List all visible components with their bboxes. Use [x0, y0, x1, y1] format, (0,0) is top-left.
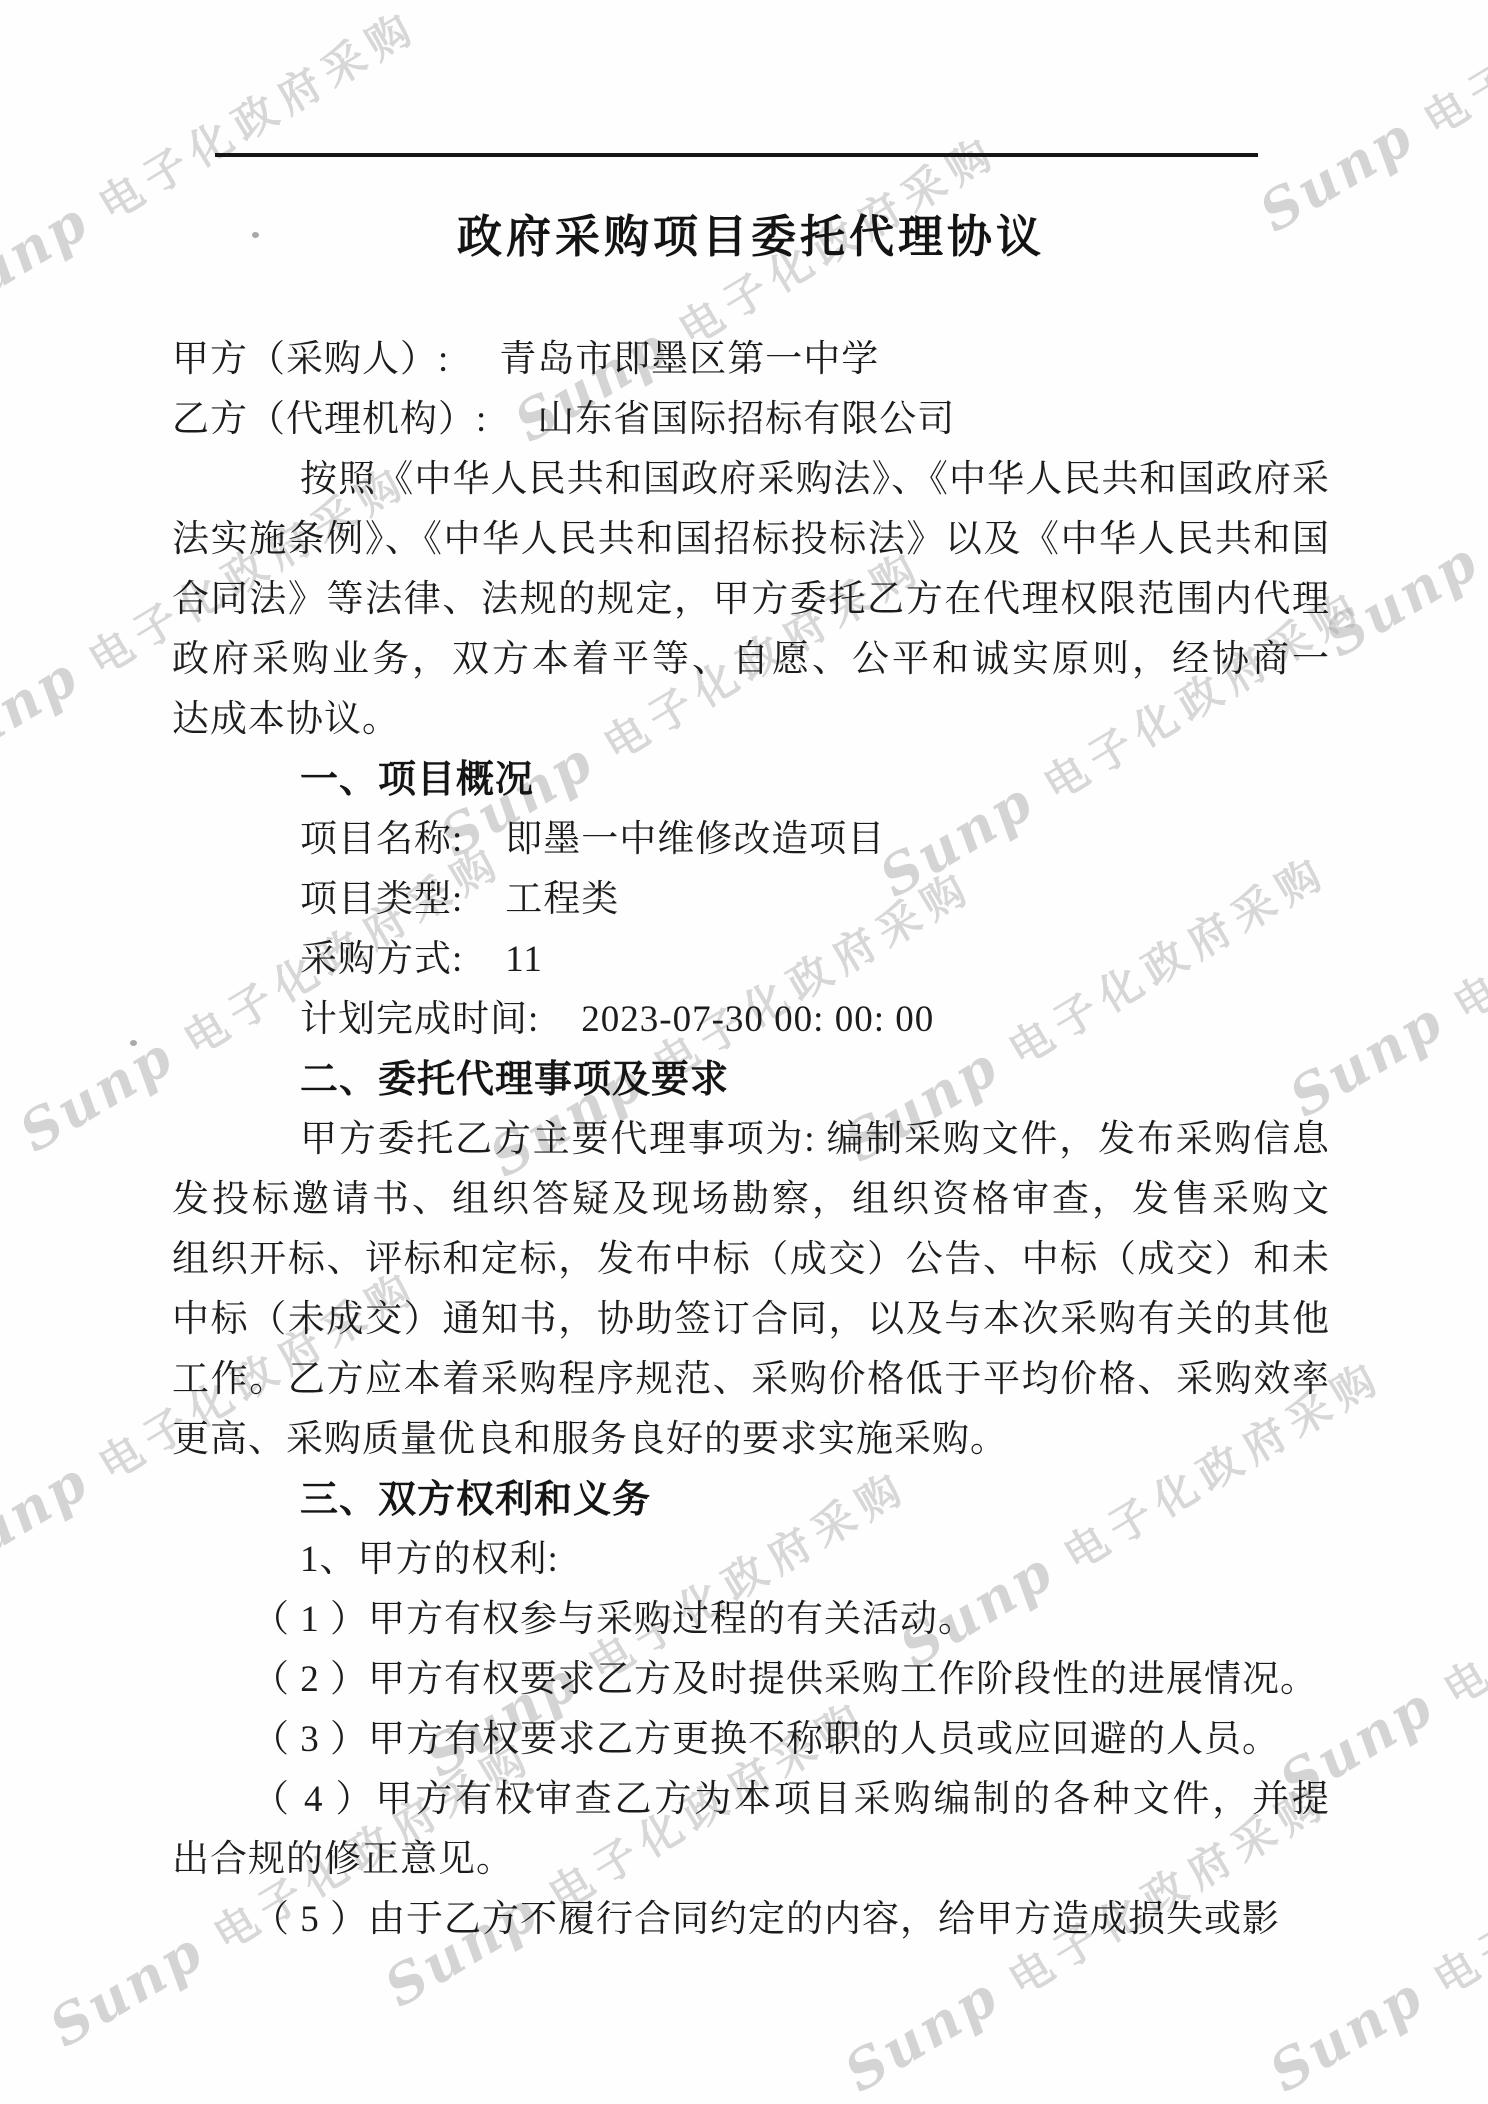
field-value: 工程类	[505, 879, 619, 920]
section2-line: 中标（未成交）通知书，协助签订合同，以及与本次采购有关的其他	[172, 1290, 1330, 1350]
field-value: 即墨一中维修改造项目	[505, 819, 885, 860]
field-value: 11	[505, 939, 543, 980]
watermark-brand: Sunp	[0, 1448, 100, 1589]
section-rights-obligations: 三、双方权利和义务 1、甲方的权利: （ 1 ）甲方有权参与采购过程的有关活动。…	[172, 1470, 1330, 1950]
section2-heading: 二、委托代理事项及要求	[172, 1050, 1330, 1110]
watermark-brand: Sunp	[1314, 528, 1488, 669]
party-b-value: 山东省国际招标有限公司	[537, 399, 955, 440]
intro-line: 政府采购业务，双方本着平等、自愿、公平和诚实原则，经协商一致，	[172, 630, 1330, 690]
watermark-text: 电子化政府采购	[1436, 1488, 1488, 1716]
watermark-brand: Sunp	[834, 1963, 1010, 2104]
party-b-label: 乙方（代理机构）:	[172, 399, 487, 440]
watermark-brand: Sunp	[9, 1023, 185, 1164]
field-project-name: 项目名称:即墨一中维修改造项目	[172, 810, 1330, 870]
section3-heading: 三、双方权利和义务	[172, 1470, 1330, 1530]
watermark-text: 电子化政府采购	[1481, 343, 1488, 571]
field-procurement-method: 采购方式:11	[172, 930, 1330, 990]
watermark-brand: Sunp	[0, 188, 100, 329]
party-a-label: 甲方（采购人）:	[172, 339, 449, 380]
field-label: 项目名称:	[300, 819, 463, 860]
header-rule	[215, 153, 1258, 157]
intro-line: 法实施条例》、《中华人民共和国招标投标法》以及《中华人民共和国	[172, 510, 1330, 570]
watermark-text: 电子化政府采购	[1426, 1778, 1488, 2006]
right-item-1: （ 1 ）甲方有权参与采购过程的有关活动。	[172, 1590, 1330, 1650]
field-planned-completion-time: 计划完成时间:2023-07-30 00: 00: 00	[172, 990, 1330, 1050]
scanned-document-page: Sunp电子化政府采购Sunp电子化政府采购Sunp电子化政府采购Sunp电子化…	[0, 0, 1488, 2104]
right-item-4: （ 4 ）甲方有权审查乙方为本项目采购编制的各种文件，并提	[172, 1770, 1330, 1830]
watermark-brand: Sunp	[1259, 1963, 1435, 2104]
intro-line: 达成本协议。	[172, 690, 1330, 750]
party-a-row: 甲方（采购人）:青岛市即墨区第一中学	[172, 330, 1330, 390]
section-agency-matters: 二、委托代理事项及要求 甲方委托乙方主要代理事项为: 编制采购文件，发布采购信息…	[172, 1050, 1330, 1470]
field-value: 2023-07-30 00: 00: 00	[581, 999, 934, 1040]
section-project-overview: 一、项目概况 项目名称:即墨一中维修改造项目 项目类型:工程类 采购方式:11 …	[172, 750, 1330, 1050]
intro-paragraph: 按照《中华人民共和国政府采购法》、《中华人民共和国政府采购 法实施条例》、《中华…	[172, 450, 1330, 750]
parties-block: 甲方（采购人）:青岛市即墨区第一中学 乙方（代理机构）:山东省国际招标有限公司	[172, 330, 1330, 450]
watermark-text: 电子化政府采购	[1416, 0, 1488, 145]
section2-line: 更高、采购质量优良和服务良好的要求实施采购。	[172, 1410, 1330, 1470]
section2-line: 工作。乙方应本着采购程序规范、采购价格低于平均价格、采购效率	[172, 1350, 1330, 1410]
right-item-4-continuation: 出合规的修正意见。	[172, 1830, 1330, 1890]
party-a-value: 青岛市即墨区第一中学	[499, 339, 879, 380]
watermark-text: 电子化政府采购	[1446, 803, 1488, 1031]
section1-heading: 一、项目概况	[172, 750, 1330, 810]
document-content: 政府采购项目委托代理协议 甲方（采购人）:青岛市即墨区第一中学 乙方（代理机构）…	[172, 0, 1330, 1950]
intro-line: 按照《中华人民共和国政府采购法》、《中华人民共和国政府采购	[172, 450, 1330, 510]
field-project-type: 项目类型:工程类	[172, 870, 1330, 930]
watermark: Sunp电子化政府采购	[1314, 331, 1488, 670]
field-label: 采购方式:	[300, 939, 463, 980]
section2-line: 甲方委托乙方主要代理事项为: 编制采购文件，发布采购信息或	[172, 1110, 1330, 1170]
right-item-2: （ 2 ）甲方有权要求乙方及时提供采购工作阶段性的进展情况。	[172, 1650, 1330, 1710]
document-title: 政府采购项目委托代理协议	[172, 205, 1330, 269]
section3-subheading: 1、甲方的权利:	[172, 1530, 1330, 1590]
section2-line: 组织开标、评标和定标，发布中标（成交）公告、中标（成交）和未	[172, 1230, 1330, 1290]
intro-line: 合同法》等法律、法规的规定，甲方委托乙方在代理权限范围内代理	[172, 570, 1330, 630]
right-item-5: （ 5 ）由于乙方不履行合同约定的内容，给甲方造成损失或影	[172, 1890, 1330, 1950]
section2-line: 发投标邀请书、组织答疑及现场勘察，组织资格审查，发售采购文件，	[172, 1170, 1330, 1230]
field-label: 项目类型:	[300, 879, 463, 920]
right-item-3: （ 3 ）甲方有权要求乙方更换不称职的人员或应回避的人员。	[172, 1710, 1330, 1770]
scan-speck	[130, 1040, 137, 1046]
watermark-brand: Sunp	[0, 643, 90, 784]
field-label: 计划完成时间:	[300, 999, 539, 1040]
party-b-row: 乙方（代理机构）:山东省国际招标有限公司	[172, 390, 1330, 450]
